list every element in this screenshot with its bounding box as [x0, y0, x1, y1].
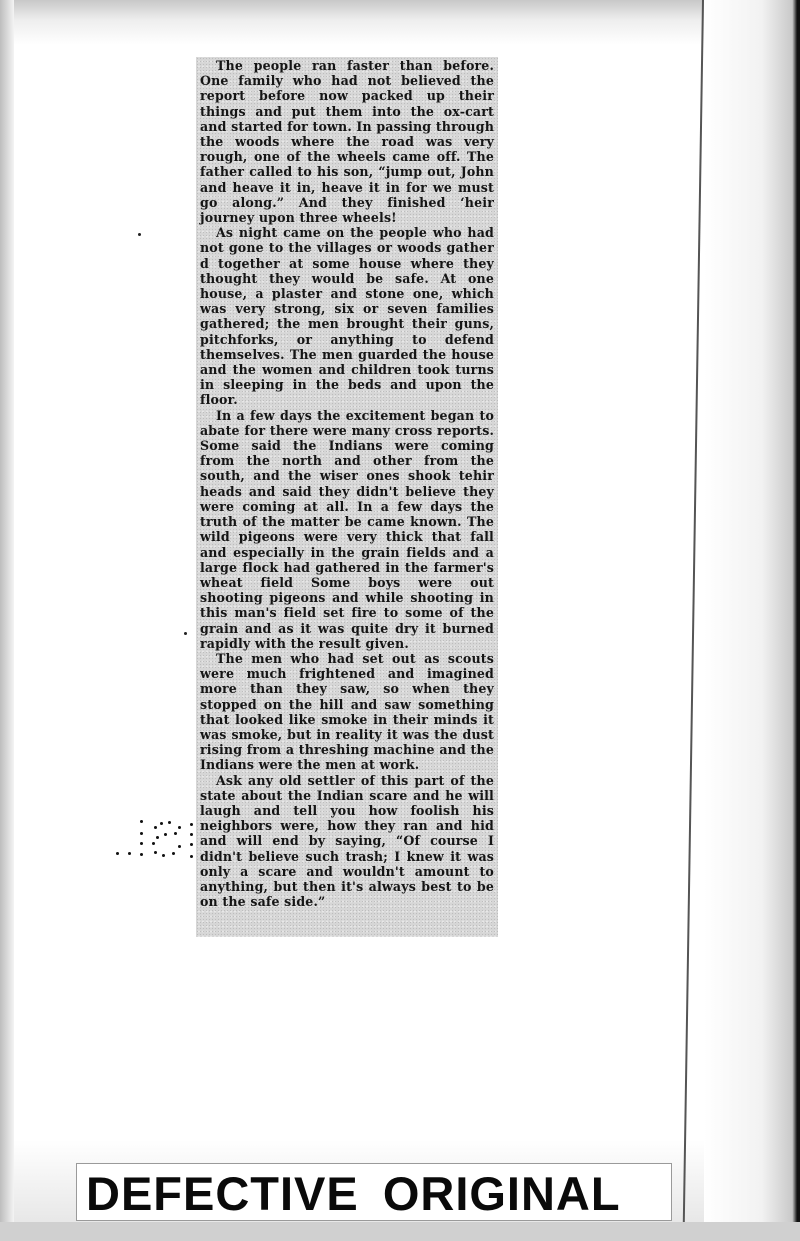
page-left-edge-shadow	[0, 0, 14, 1241]
defective-original-stamp: DEFECTIVE ORIGINAL	[86, 1166, 666, 1222]
article-paragraph: The people ran faster than before. One f…	[200, 58, 494, 225]
punch-dots-artifact	[112, 816, 202, 866]
article-body: The people ran faster than before. One f…	[200, 58, 494, 909]
article-paragraph: Ask any old settler of this part of the …	[200, 773, 494, 910]
article-paragraph: The men who had set out as scouts were m…	[200, 651, 494, 773]
article-paragraph: In a few days the excitement began to ab…	[200, 408, 494, 651]
article-paragraph: As night came on the people who had not …	[200, 225, 494, 407]
page-bottom-noise	[0, 1222, 800, 1241]
stray-mark	[138, 233, 141, 236]
page-right-margin-strip	[704, 0, 800, 1241]
stray-mark	[184, 632, 187, 635]
newspaper-clipping: The people ran faster than before. One f…	[196, 57, 498, 937]
